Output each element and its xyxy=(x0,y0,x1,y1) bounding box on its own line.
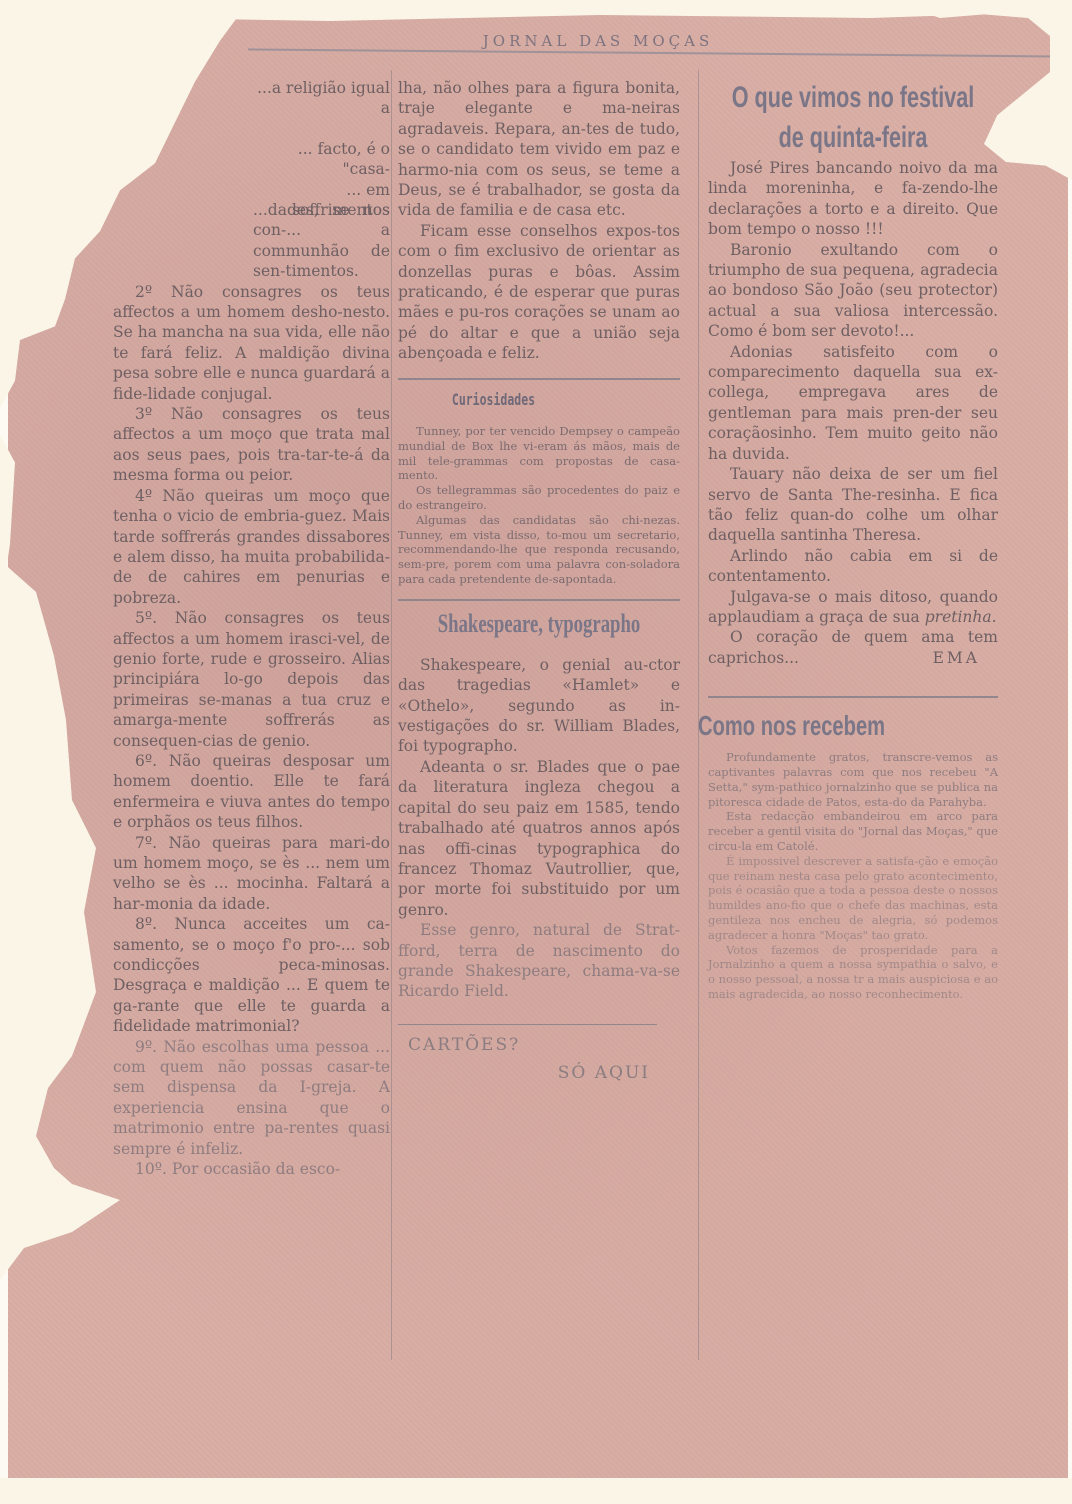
article-paragraph: Esse genro, natural de Strat-fford, terr… xyxy=(398,920,680,1002)
page-bottom-margin xyxy=(0,1478,1072,1504)
article-paragraph: Os tellegrammas são procedentes do paiz … xyxy=(398,483,680,513)
section-rule xyxy=(708,696,998,698)
article-paragraph: Ficam esse conselhos expos-tos com o fim… xyxy=(398,221,680,364)
article-paragraph: Algumas das candidatas são chi-nezas. Tu… xyxy=(398,513,680,587)
article-paragraph: 8º. Nunca acceites um ca-samento, se o m… xyxy=(113,914,390,1036)
ad-so-aqui: SÓ AQUI xyxy=(398,1063,680,1083)
article-paragraph: 10º. Por occasião da esco- xyxy=(113,1159,390,1179)
article-paragraph: Profundamente gratos, transcre-vemos as … xyxy=(708,750,998,809)
article-paragraph: Votos fazemos de prosperidade para a Jor… xyxy=(708,943,998,1002)
article-paragraph: lha, não olhes para a figura bonita, tra… xyxy=(398,78,680,221)
newspaper-page: JORNAL DAS MOÇAS ...a religião igual a .… xyxy=(8,0,1068,1478)
article-closing: O coração de quem ama tem caprichos... E… xyxy=(708,627,998,668)
article-paragraph: Adeanta o sr. Blades que o pae da litera… xyxy=(398,757,680,920)
section-rule xyxy=(398,599,680,601)
como-body: Profundamente gratos, transcre-vemos as … xyxy=(708,750,998,1002)
article-paragraph: 3º Não consagres os teus affectos a um m… xyxy=(113,404,390,486)
column-divider-1 xyxy=(391,70,392,1360)
author-signature: EMA xyxy=(911,648,998,668)
article-paragraph: 5º. Não consagres os teus affectos a um … xyxy=(113,608,390,751)
col1-line: ...a religião igual a xyxy=(248,78,390,119)
article-paragraph: José Pires bancando noivo da ma linda mo… xyxy=(708,158,998,240)
festival-heading: O que vimos no festival de quinta-feira xyxy=(720,78,986,158)
article-paragraph: 9º. Não escolhas uma pessoa ... com quem… xyxy=(113,1037,390,1159)
section-rule xyxy=(398,1024,657,1025)
article-paragraph: Tunney, por ter vencido Dempsey o campeã… xyxy=(398,424,680,483)
col1-line: ... facto, é o "casa- xyxy=(248,139,390,180)
article-paragraph: 7º. Não queiras para mari-do um homem mo… xyxy=(113,833,390,915)
column-3: O que vimos no festival de quinta-feira … xyxy=(708,78,998,1002)
article-paragraph: É impossivel descrever a satisfa-ção e e… xyxy=(708,854,998,943)
italic-word: pretinha xyxy=(925,608,992,626)
article-paragraph: Esta redacção embandeirou em arco para r… xyxy=(708,809,998,853)
article-paragraph: ...dades, se nos con-... a communhão de … xyxy=(113,200,390,282)
article-paragraph: 4º Não queiras um moço que tenha o vicio… xyxy=(113,486,390,608)
shakespeare-heading: Shakespeare, typographo xyxy=(409,607,670,641)
column-2: lha, não olhes para a figura bonita, tra… xyxy=(398,78,680,1084)
article-paragraph: Adonias satisfeito com o comparecimento … xyxy=(708,342,998,464)
section-rule xyxy=(398,378,680,380)
article-paragraph: Tauary não deixa de ser um fiel servo de… xyxy=(708,464,998,546)
ad-cartoes: CARTÕES? xyxy=(398,1035,680,1055)
masthead-title: JORNAL DAS MOÇAS xyxy=(398,32,798,50)
article-paragraph: 2º Não consagres os teus affectos a um h… xyxy=(113,282,390,404)
article-paragraph: 6º. Não queiras desposar um homem doenti… xyxy=(113,751,390,833)
curiosidades-heading: Curiosidades xyxy=(437,390,640,410)
curiosidades-body: Tunney, por ter vencido Dempsey o campeã… xyxy=(398,424,680,587)
column-1-body: ...dades, se nos con-... a communhão de … xyxy=(113,200,390,1180)
article-paragraph: Julgava-se o mais ditoso, quando applaud… xyxy=(708,587,998,628)
article-paragraph: Arlindo não cabia em si de contentamento… xyxy=(708,546,998,587)
article-paragraph: Shakespeare, o genial au-ctor das traged… xyxy=(398,655,680,757)
article-paragraph: Baronio exultando com o triumpho de sua … xyxy=(708,240,998,342)
col1-line xyxy=(248,119,390,139)
como-heading: Como nos recebem xyxy=(698,708,914,744)
